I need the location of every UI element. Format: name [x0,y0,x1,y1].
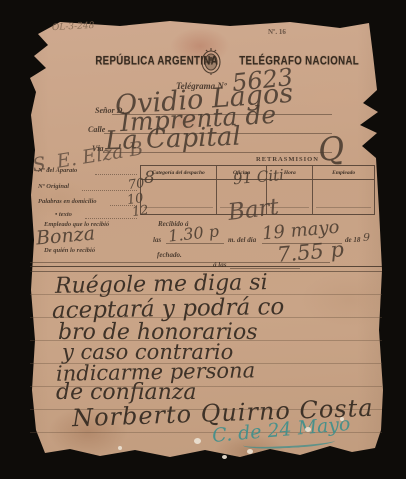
argentina-coat-of-arms-icon [196,46,226,81]
texto-line [85,218,137,219]
from-whom-label: De quién lo recibió [44,247,95,254]
paper-speck [340,417,344,421]
words-home-label: Palabras en domicilio [38,198,97,205]
apparatus-line [95,174,137,175]
via-flourish: Q [316,129,346,170]
paper-speck [194,438,201,444]
original-label: Nº Original [38,183,69,190]
retransmission-title: RETRASMISION [256,156,319,163]
telegram-scan: OL-3-248 Nº. 16 REPÚBLICA ARGENTINA TELÉ… [0,0,406,479]
apparatus-label: Nº del Aparato [38,167,77,174]
paper-speck [118,446,122,450]
col-empleado: Empleado [313,166,374,179]
paper-speck [222,455,227,459]
paper-speck [305,427,311,432]
original-value: 70 [127,176,145,193]
cell-categoria-value: 8 [144,168,155,188]
received-las-label: las [153,236,161,244]
paper-speck [247,449,253,454]
dated-time-line [230,268,300,269]
dated-label: fechado. [157,251,182,259]
cell-empleado [313,180,374,214]
texto-value: 12 [131,203,149,220]
received-deldia-label: m. del día [228,236,256,244]
street-label: Calle [88,125,105,134]
texto-label: • texto [55,211,72,218]
separator-rule-top [30,266,382,267]
received-de18-label: de 18 [345,236,360,244]
received-year-value: 9 [363,231,370,244]
form-number: Nº. 16 [268,28,286,36]
dated-alas-label: á las [213,261,226,269]
